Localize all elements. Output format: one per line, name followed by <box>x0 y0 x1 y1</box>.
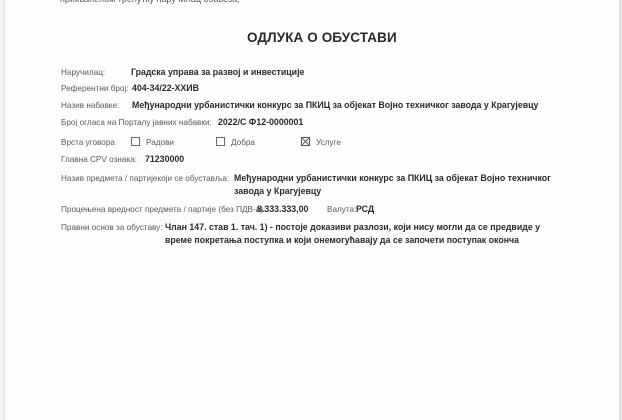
checkbox-works-label: Радови <box>146 138 174 147</box>
legal-basis-value-line2: време покретања поступка и који онемогућ… <box>165 235 519 245</box>
procurement-name-label: Назив набавке: <box>61 101 119 110</box>
checkbox-services-checked <box>301 137 310 146</box>
checkbox-services-label: Услуге <box>316 138 341 147</box>
checkbox-goods-label: Добра <box>231 138 255 147</box>
reference-number-label: Референтни број: <box>61 84 129 93</box>
currency-value: РСД <box>356 204 374 214</box>
legal-basis-label: Правни основ за обуставу: <box>61 223 163 232</box>
subject-name-label: Назив предмета / партијекоји се обустављ… <box>61 174 229 183</box>
notice-number-label: Број огласа на Порталу јавних набавки: <box>61 118 212 127</box>
reference-number-value: 404-34/22-XXИВ <box>132 83 199 93</box>
estimated-value-label: Процењена вредност предмета / партије (б… <box>61 205 265 214</box>
main-cpv-label: Главна CPV ознака: <box>61 155 137 164</box>
estimated-value-amount: 8.333.333,00 <box>257 204 308 214</box>
legal-basis-value-line1: Члан 147. став 1. тач. 1) - постоје дока… <box>165 222 540 232</box>
contracting-authority-value: Градска управа за развој и инвестиције <box>131 67 304 77</box>
document-page: прихваћеном тренутку наручилац обавеза; … <box>4 0 621 420</box>
contracting-authority-label: Наручилац: <box>61 68 105 77</box>
checkbox-works <box>131 137 140 146</box>
main-cpv-value: 71230000 <box>145 154 184 164</box>
contract-type-label: Врста уговора <box>61 138 115 147</box>
notice-number-value: 2022/С Ф12-0000001 <box>218 117 303 127</box>
document-title: ОДЛУКА О ОБУСТАВИ <box>247 30 397 45</box>
checkbox-goods <box>216 137 225 146</box>
subject-name-value-line2: завода у Крагујевцу <box>234 186 321 196</box>
procurement-name-value: Међународни урбанистички конкурс за ПКИЦ… <box>132 100 538 110</box>
subject-name-value-line1: Међународни урбанистички конкурс за ПКИЦ… <box>234 173 551 183</box>
top-partial-text: прихваћеном тренутку наручилац обавеза; <box>60 0 240 4</box>
currency-label: Валута: <box>327 205 356 214</box>
